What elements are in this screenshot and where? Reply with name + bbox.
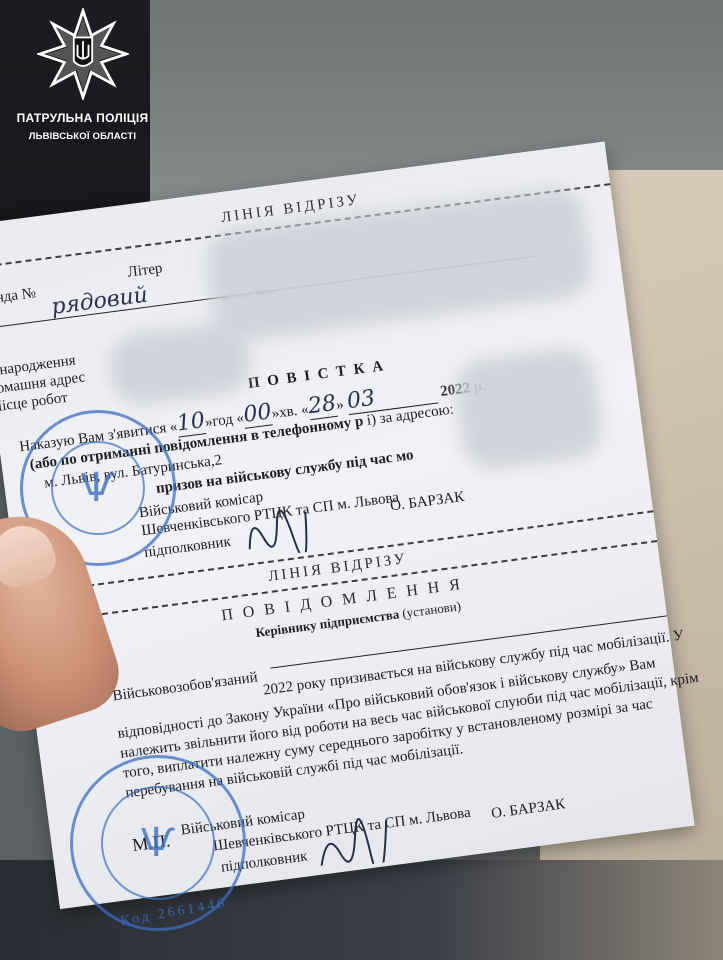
watermark-subtitle: ЛЬВІВСЬКОЇ ОБЛАСТІ: [20, 131, 145, 142]
police-star-trident-icon: [37, 8, 129, 100]
month-separator: »: [335, 397, 345, 414]
trident-icon: Ѱ: [81, 465, 115, 511]
liter-label: Літер: [127, 260, 164, 281]
handwritten-rank: рядовий: [50, 283, 149, 320]
hour-value: 10: [175, 408, 206, 437]
hour-label: »год «: [204, 410, 245, 431]
watermark-title: ПАТРУЛЬНА ПОЛІЦІЯ: [10, 111, 155, 125]
day-value: 28: [307, 391, 338, 420]
patrol-police-watermark: ПАТРУЛЬНА ПОЛІЦІЯ ЛЬВІВСЬКОЇ ОБЛАСТІ: [20, 8, 145, 142]
minute-value: 00: [242, 399, 273, 428]
redacted-address: [106, 320, 254, 408]
notification-signature: [311, 811, 397, 871]
trident-icon: Ѱ: [141, 820, 175, 866]
minute-label: »хв. «: [271, 401, 310, 422]
redacted-right: [452, 345, 605, 472]
commissar-signature: [240, 501, 316, 560]
commissar-name: О. БАРЗАК: [389, 489, 465, 516]
command-label: манда №: [0, 285, 37, 309]
notification-commissar-name: О. БАРЗАК: [490, 796, 566, 823]
obligated-label: Військовозобов'язаний: [112, 669, 259, 705]
addressee-normal: (установи): [401, 598, 462, 621]
